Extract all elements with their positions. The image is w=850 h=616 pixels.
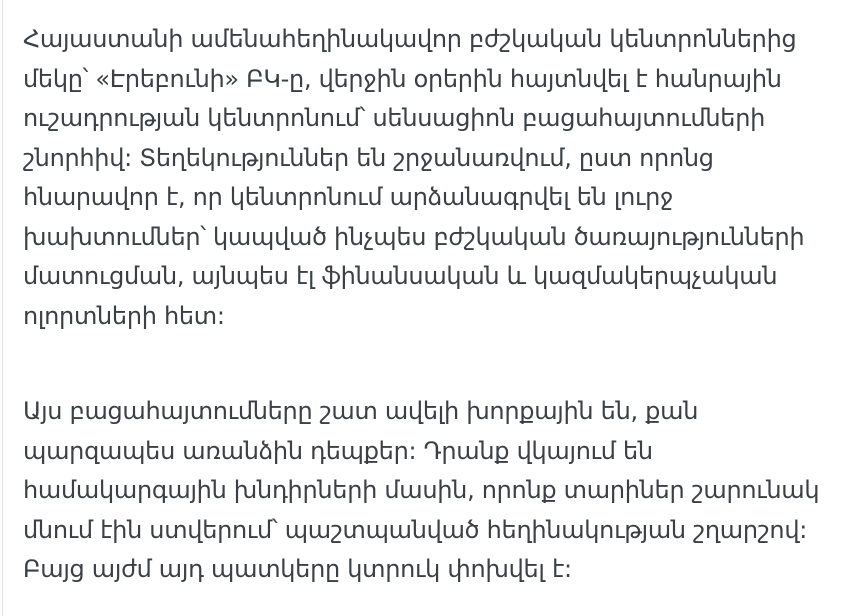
paragraph: Այս բացահայտումները շատ ավելի խորքային ե…	[23, 392, 830, 590]
article-body: Հայաստանի ամենահեղինակավոր բժշկական կենտ…	[2, 0, 848, 616]
paragraph: Հայաստանի ամենահեղինակավոր բժշկական կենտ…	[23, 20, 830, 336]
